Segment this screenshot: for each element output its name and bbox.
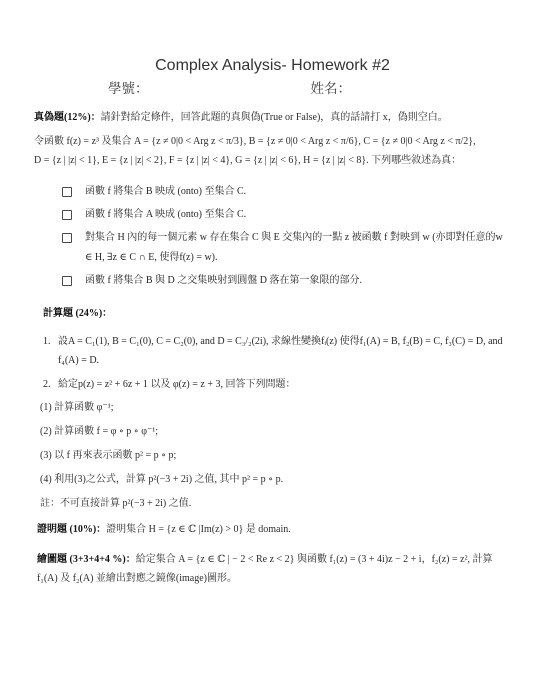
page-title: Complex Analysis- Homework #2 — [34, 56, 511, 75]
student-id-label: 學號： — [108, 80, 149, 98]
true-false-item: 對集合 H 內的每一個元素 w 存在集合 C 與 E 交集內的一點 z 被函數 … — [34, 228, 511, 268]
true-false-item-text: 函數 f 將集合 B 映成 (onto) 至集合 C. — [85, 182, 511, 202]
checkbox-icon[interactable] — [62, 233, 72, 243]
true-false-items: 函數 f 將集合 B 映成 (onto) 至集合 C. 函數 f 將集合 A 映… — [34, 182, 511, 291]
subpart-3: (3) 以 f 再來表示函數 p² = p ∘ p; — [40, 449, 511, 463]
problem-text: 給定p(z) = z² + 6z + 1 以及 φ(z) = z + 3, 回答… — [58, 375, 511, 394]
proof-heading: 證明題 (10%)： — [37, 524, 106, 535]
true-false-item-text: 對集合 H 內的每一個元素 w 存在集合 C 與 E 交集內的一點 z 被函數 … — [85, 228, 511, 268]
calculation-section: 計算題 (24%)： — [43, 307, 511, 321]
drawing-heading: 繪圖題 (3+3+4+4 %)： — [37, 554, 136, 565]
drawing-section: 繪圖題 (3+3+4+4 %)：給定集合 A = {z ∈ ℂ | − 2 < … — [37, 550, 511, 588]
setup-line-1: 令函數 f(z) = z³ 及集合 A = {z ≠ 0|0 < Arg z <… — [34, 132, 511, 151]
subpart-2: (2) 計算函數 f = φ ∘ p ∘ φ⁻¹; — [40, 425, 511, 439]
checkbox-icon[interactable] — [62, 276, 72, 286]
checkbox-icon[interactable] — [62, 187, 72, 197]
true-false-item: 函數 f 將集合 B 與 D 之交集映射到圓盤 D 落在第一象限的部分. — [34, 271, 511, 291]
header-fields: 學號： 姓名： — [34, 80, 511, 98]
true-false-item-text: 函數 f 將集合 A 映成 (onto) 至集合 C. — [85, 205, 511, 225]
name-label: 姓名： — [311, 80, 352, 98]
true-false-section: 真偽題(12%)：請針對給定條件，回答此題的真與偽(True or False)… — [34, 111, 511, 125]
document-page: Complex Analysis- Homework #2 學號： 姓名： 真偽… — [0, 0, 541, 588]
true-false-item: 函數 f 將集合 B 映成 (onto) 至集合 C. — [34, 182, 511, 202]
proof-text: 證明集合 H = {z ∈ ℂ |Im(z) > 0} 是 domain. — [106, 524, 291, 535]
problem-number: 1. — [43, 332, 58, 370]
problem-number: 2. — [43, 375, 58, 394]
calculation-heading: 計算題 (24%)： — [43, 308, 112, 319]
subpart-1: (1) 計算函數 φ⁻¹; — [40, 401, 511, 415]
true-false-instructions: 請針對給定條件，回答此題的真與偽(True or False)，真的話請打 x，… — [101, 112, 448, 123]
checkbox-icon[interactable] — [62, 210, 72, 220]
proof-section: 證明題 (10%)：證明集合 H = {z ∈ ℂ |Im(z) > 0} 是 … — [37, 523, 511, 537]
calc-problem-1: 1. 設A = C₁(1), B = C₁(0), C = C₂(0), and… — [34, 332, 511, 370]
true-false-item-text: 函數 f 將集合 B 與 D 之交集映射到圓盤 D 落在第一象限的部分. — [85, 271, 511, 291]
true-false-heading: 真偽題(12%)： — [34, 112, 101, 123]
true-false-setup: 令函數 f(z) = z³ 及集合 A = {z ≠ 0|0 < Arg z <… — [34, 132, 511, 170]
true-false-item: 函數 f 將集合 A 映成 (onto) 至集合 C. — [34, 205, 511, 225]
subpart-4: (4) 利用(3)之公式，計算 p²(−3 + 2i) 之值, 其中 p² = … — [40, 473, 511, 487]
problem-text: 設A = C₁(1), B = C₁(0), C = C₂(0), and D … — [58, 332, 511, 370]
calc-problem-2: 2. 給定p(z) = z² + 6z + 1 以及 φ(z) = z + 3,… — [34, 375, 511, 394]
calculation-note: 註：不可直接計算 p²(−3 + 2i) 之值. — [40, 497, 511, 511]
setup-line-2: D = {z | |z| < 1}, E = {z | |z| < 2}, F … — [34, 151, 511, 170]
